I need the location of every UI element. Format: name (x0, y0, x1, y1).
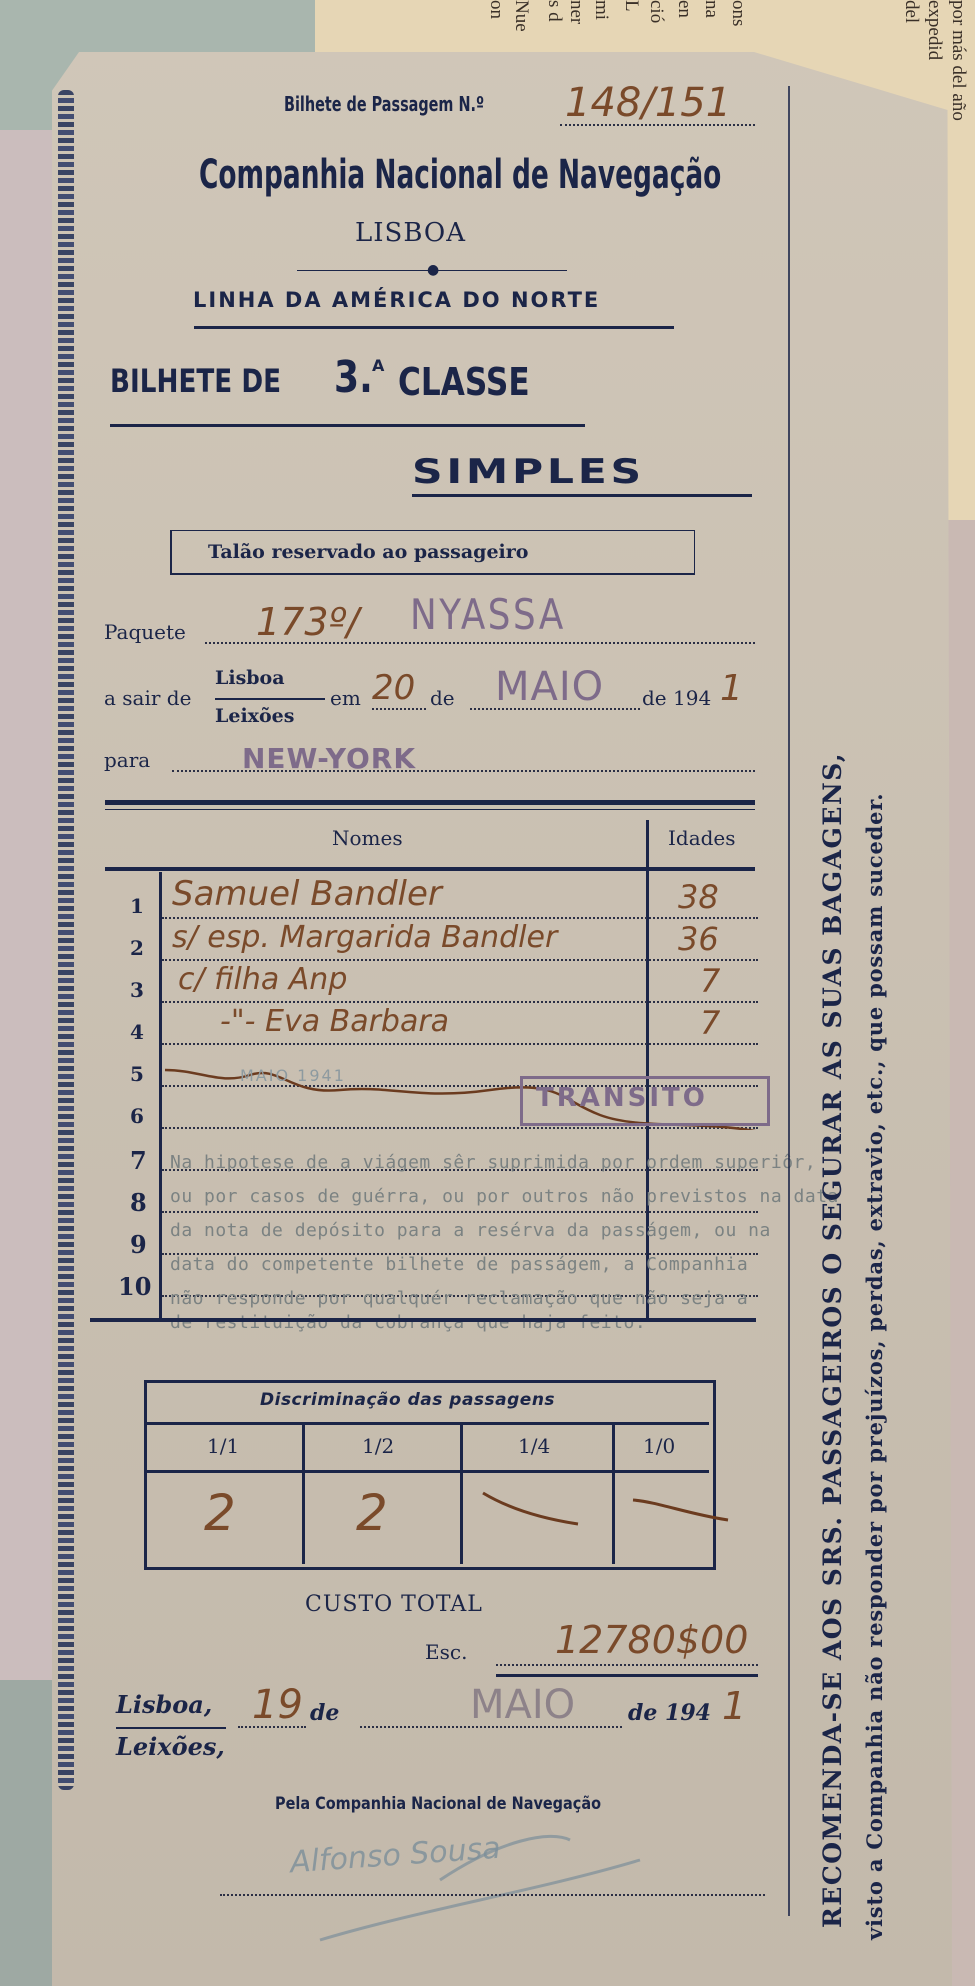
destination-stamp: NEW-YORK (242, 742, 416, 775)
depart-day-dotted-line (372, 708, 426, 710)
issue-city-lisboa: Lisboa, (116, 1690, 212, 1719)
currency-label: Esc. (425, 1640, 467, 1664)
newspaper-fragment: del (900, 0, 922, 23)
row-dotted-line (162, 917, 758, 919)
condition-line: da nota de depósito para a resérva da pa… (170, 1220, 771, 1241)
row-dotted-line (162, 959, 758, 961)
total-underline (496, 1674, 758, 1677)
side-notice-line1: RECOMENDA-SE AOS SRS. PASSAGEIROS O SEGU… (818, 88, 847, 1928)
row-number: 2 (130, 936, 144, 960)
table-top-rule-thin (105, 809, 755, 810)
row-number: 4 (130, 1020, 144, 1044)
row-number: 1 (130, 894, 144, 918)
depart-label: a sair de (104, 686, 191, 710)
row-number: 8 (130, 1188, 147, 1217)
passenger-name: Samuel Bandler (172, 874, 442, 914)
transit-stamp: TRANSITO (536, 1083, 708, 1113)
passenger-name: s/ esp. Margarida Bandler (172, 920, 557, 955)
passenger-age: 38 (678, 878, 719, 916)
class-underline (110, 424, 585, 427)
ticket-number-value: 148/151 (565, 80, 731, 126)
row-dotted-line (162, 1211, 758, 1213)
signatory-label: Pela Companhia Nacional de Navegação (275, 1794, 601, 1814)
newspaper-fragment: por más del año (947, 0, 969, 121)
issue-day: 19 (252, 1682, 303, 1728)
row-number: 9 (130, 1230, 147, 1259)
depart-year-label: de 194 (642, 686, 711, 710)
issue-city-leixoes: Leixões, (116, 1732, 225, 1761)
fare-header-quarter: 1/4 (518, 1434, 550, 1458)
row-dotted-line (162, 1043, 758, 1045)
table-bottom-rule (90, 1318, 756, 1322)
passenger-name: c/ filha Anp (178, 962, 347, 997)
fare-value-quarter-dash (478, 1488, 588, 1528)
row-dotted-line (162, 1001, 758, 1003)
fares-title-rule (147, 1422, 709, 1425)
issue-of-label: de (310, 1700, 339, 1726)
route-line: LINHA DA AMÉRICA DO NORTE (193, 288, 600, 312)
fares-header-rule (147, 1470, 709, 1473)
newspaper-fragment: expedid (923, 0, 945, 60)
signature-flourish (300, 1820, 660, 1950)
newspaper-fragment: L (620, 0, 642, 12)
condition-line: ou por casos de guérra, ou por outros nã… (170, 1186, 839, 1207)
signature-dotted-line (220, 1894, 765, 1896)
side-notice-line2: visto a Companhia não responder por prej… (862, 140, 887, 1940)
class-prefix: BILHETE DE (110, 362, 281, 400)
fare-value-zero-dash (628, 1494, 738, 1524)
newspaper-fragment: en (673, 0, 695, 18)
fare-header-half: 1/2 (362, 1434, 394, 1458)
type-underline (412, 494, 752, 497)
class-superscript: A (372, 356, 384, 375)
depart-of-label: de (430, 686, 455, 710)
depart-port-leixoes: Leixões (215, 705, 294, 727)
row-number: 10 (118, 1272, 151, 1301)
class-heading: BILHETE DE (110, 362, 319, 400)
depart-month-stamp: MAIO (495, 664, 604, 710)
issue-city-divider (116, 1727, 226, 1729)
depart-on-label: em (330, 686, 361, 710)
depart-day: 20 (372, 668, 415, 708)
ship-handwritten: 173º/ (256, 600, 359, 644)
newspaper-fragment: Nue (510, 0, 532, 32)
total-dotted-line (496, 1664, 758, 1666)
row-number: 5 (130, 1062, 144, 1086)
total-cost-label: CUSTO TOTAL (305, 1592, 483, 1617)
newspaper-fragment: ner (565, 0, 587, 24)
passenger-age: 36 (678, 920, 719, 958)
side-notice-divider (788, 86, 790, 1916)
issue-year-digit: 1 (722, 1684, 746, 1728)
newspaper-fragment: ons (727, 0, 749, 26)
fares-title: Discriminação das passagens (260, 1390, 555, 1410)
names-header: Nomes (332, 826, 403, 850)
newspaper-fragment: on (485, 0, 507, 19)
newspaper-fragment: s d (543, 0, 565, 22)
faint-date-stamp: MAIO 1941 (240, 1066, 346, 1085)
fare-value-full: 2 (204, 1484, 236, 1542)
ornamental-border (58, 90, 74, 1790)
condition-line: de restituição da cobrança que haja feit… (170, 1312, 646, 1333)
newspaper-fragment: ció (645, 0, 667, 23)
ship-label: Paquete (104, 620, 186, 644)
route-underline (194, 326, 674, 329)
condition-line: Na hipotese de a viágem sêr suprimida po… (170, 1152, 816, 1173)
row-number: 6 (130, 1104, 144, 1128)
table-header-rule (105, 867, 755, 871)
fares-col-divider (460, 1424, 463, 1564)
stub-label: Talão reservado ao passageiro (208, 541, 528, 563)
issue-year-label: de 194 (628, 1700, 711, 1726)
ages-header: Idades (668, 826, 736, 850)
class-number: 3. (334, 352, 373, 403)
row-number: 3 (130, 978, 144, 1002)
ticket-number-dotted-line (560, 124, 755, 126)
depart-year-digit: 1 (720, 668, 743, 709)
table-top-rule (105, 800, 755, 805)
passenger-name: -"- Eva Barbara (220, 1004, 449, 1039)
fare-value-half: 2 (356, 1484, 388, 1542)
passenger-age: 7 (700, 1004, 720, 1042)
fares-col-divider (302, 1424, 305, 1564)
fare-header-full: 1/1 (207, 1434, 239, 1458)
passenger-age: 7 (700, 962, 720, 1000)
depart-port-divider (215, 698, 325, 700)
newspaper-fragment: mi (590, 0, 612, 20)
company-city: LISBOA (355, 218, 466, 248)
condition-line: não responde por qualquér reclamação que… (170, 1288, 748, 1309)
fare-header-zero: 1/0 (643, 1434, 675, 1458)
depart-port-lisboa: Lisboa (215, 667, 285, 689)
class-suffix: CLASSE (398, 360, 530, 404)
row-number: 7 (130, 1146, 147, 1175)
total-amount: 12780$00 (555, 1618, 748, 1662)
ship-name-stamp: NYASSA (410, 590, 566, 639)
fares-col-divider (612, 1424, 615, 1564)
ticket-number-label: Bilhete de Passagem N.º (284, 92, 484, 116)
destination-label: para (104, 748, 150, 772)
newspaper-fragment: na (700, 0, 722, 18)
issue-month-stamp: MAIO (470, 1682, 575, 1728)
ticket-type: SIMPLES (412, 452, 645, 492)
company-name: Companhia Nacional de Navegação (199, 152, 661, 198)
divider-dot: ● (427, 262, 439, 278)
condition-line: data do competente bilhete de passágem, … (170, 1254, 748, 1275)
